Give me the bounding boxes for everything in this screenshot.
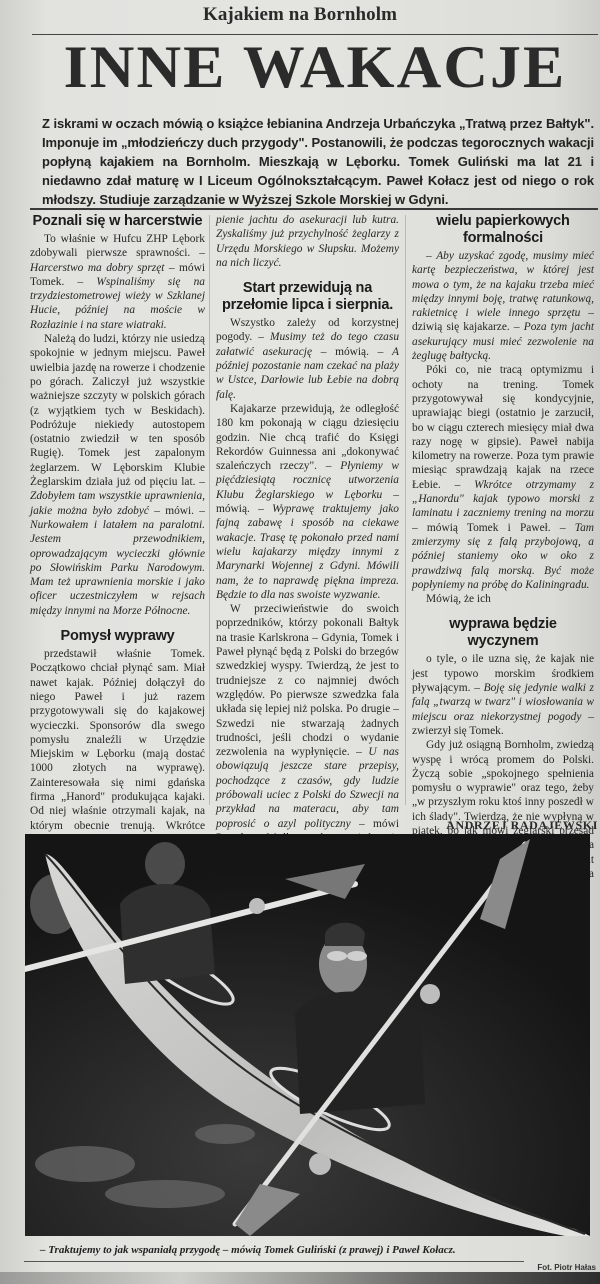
paragraph: o tyle, o ile uzna się, że kajak nie jes… (412, 652, 594, 738)
subhead-start: Start przewidują na przełomie lipca i si… (216, 280, 399, 314)
subhead-formalnosci: wielu papierkowych formalności (412, 213, 594, 247)
paragraph: – Aby uzyskać zgodę, musimy mieć kartę b… (412, 249, 594, 363)
subhead-pomysl: Pomysł wyprawy (30, 628, 205, 645)
article-lead: Z iskrami w oczach mówią o książce łebia… (42, 114, 594, 209)
article-kicker: Kajakiem na Bornholm (0, 4, 600, 26)
kayak-photo-illustration (25, 834, 590, 1236)
paragraph: Kajakarze przewidują, że odległość 180 k… (216, 402, 399, 602)
paragraph: Mówią, że ich (412, 592, 594, 606)
paragraph: Póki co, nie tracą optymizmu i ochoty na… (412, 363, 594, 592)
page-edge-shadow (0, 1272, 600, 1284)
column-divider (209, 215, 210, 805)
photo-caption: – Traktujemy to jak wspaniałą przygodę –… (40, 1244, 580, 1256)
divider-caption (24, 1261, 524, 1262)
paragraph: Należą do ludzi, którzy nie usiedzą spok… (30, 332, 205, 618)
divider-lead (30, 208, 598, 210)
column-divider (405, 215, 406, 805)
kayak-photo (25, 834, 590, 1236)
column-2: pienie jachtu do asekuracji lub kutra. Z… (216, 213, 399, 888)
subhead-wyczyn: wyprawa będzie wyczynem (412, 616, 594, 650)
paragraph: Wszystko zależy od korzystnej pogody. – … (216, 316, 399, 402)
column-1: Poznali się w harcerstwie To właśnie w H… (30, 213, 205, 933)
paragraph: pienie jachtu do asekuracji lub kutra. Z… (216, 213, 399, 270)
subhead-harcerstwo: Poznali się w harcerstwie (30, 213, 205, 230)
newspaper-page: Kajakiem na Bornholm INNE WAKACJE Z iskr… (0, 0, 600, 1284)
paragraph: To właśnie w Hufcu ZHP Lębork zdobywali … (30, 232, 205, 332)
photo-credit: Fot. Piotr Hałas (537, 1263, 596, 1272)
column-3: wielu papierkowych formalności – Aby uzy… (412, 213, 594, 895)
article-headline: INNE WAKACJE (21, 34, 600, 100)
author-byline: ANDRZEJ RADAJEWSKI (420, 818, 598, 833)
